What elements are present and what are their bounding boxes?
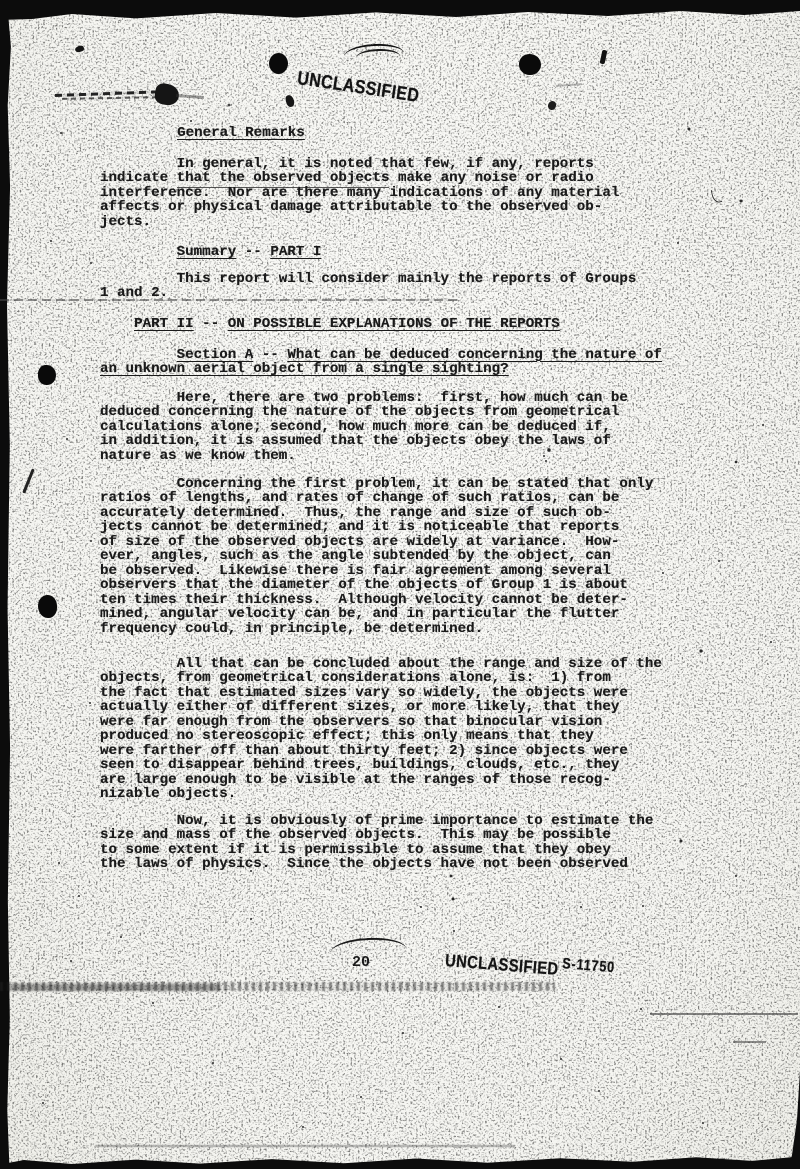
hole-punch-mark-margin-upper (38, 365, 56, 385)
pen-curl-mark (711, 188, 723, 204)
hole-punch-mark-margin-lower (38, 595, 57, 618)
pen-arc-over-page-number (330, 936, 407, 953)
page-number: 20 (352, 954, 370, 971)
faint-scan-line (733, 1041, 766, 1043)
faint-scan-line (95, 1145, 515, 1147)
unclassified-stamp-bottom-text: UNCLASSIFIED (444, 950, 559, 979)
paragraph-size-and-mass: Now, it is obviously of prime importance… (100, 799, 653, 886)
pencil-dash-mark (556, 83, 582, 87)
top-edge-scan-artifact (0, 0, 800, 20)
bottom-right-corner-artifact (790, 1070, 800, 1169)
control-number: S-11750 (562, 955, 616, 976)
left-edge-scan-artifact (0, 0, 14, 1169)
paragraph-general-remarks: In general, it is noted that few, if any… (100, 142, 619, 244)
unclassified-stamp-top: UNCLASSIFIED (296, 68, 444, 111)
scanned-document-page: UNCLASSIFIED General Remarks In general,… (0, 0, 800, 1169)
scan-smudge-band (10, 984, 220, 991)
faint-scan-line (0, 299, 458, 301)
paragraph-first-problem: Concerning the first problem, it can be … (100, 462, 653, 651)
faint-scan-line (650, 1013, 798, 1015)
pen-slash-mark (22, 468, 35, 493)
pencil-scribble (176, 94, 204, 99)
hole-punch-mark-top-left (269, 53, 288, 74)
pen-mark-top-left (74, 45, 85, 54)
ink-blot (547, 100, 557, 110)
pen-tick-mark (600, 50, 608, 65)
hole-punch-mark-top-right (519, 54, 541, 75)
ink-blot (285, 94, 296, 108)
pencil-scribble (62, 96, 162, 100)
paragraph-range-and-size: All that can be concluded about the rang… (100, 642, 662, 816)
bottom-edge-scan-artifact (0, 1151, 800, 1169)
unclassified-stamp-top-text: UNCLASSIFIED (296, 68, 421, 108)
